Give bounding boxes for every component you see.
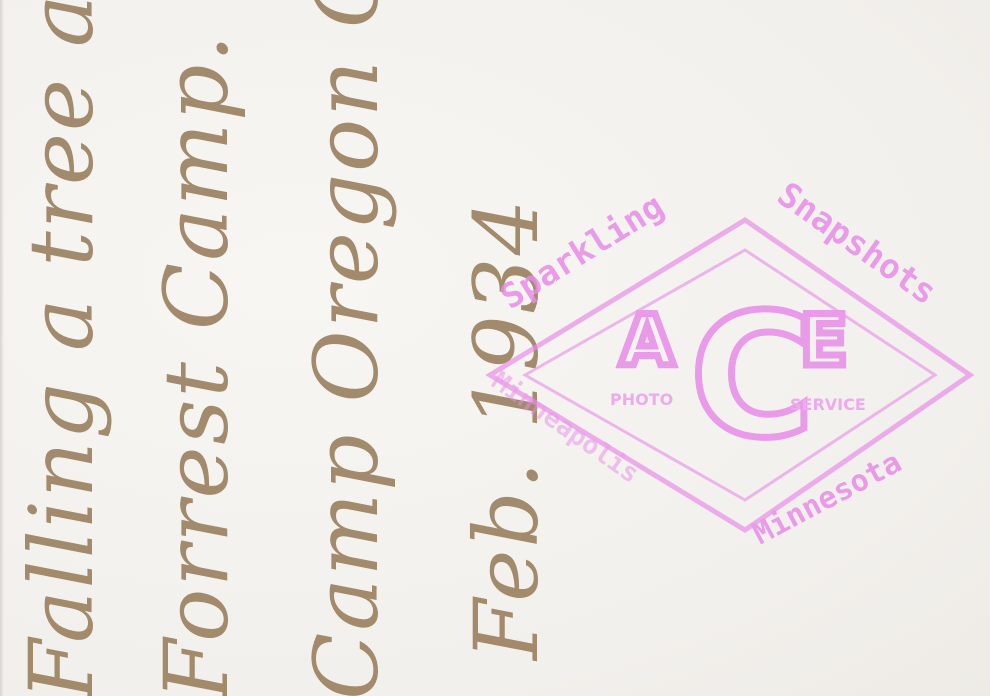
caption-line-3: Camp Oregon Cal <box>295 0 398 696</box>
svg-text:PHOTO: PHOTO <box>610 390 673 409</box>
stamp-top-left: Sparkling <box>494 186 671 318</box>
caption-line-2: Forrest Camp. <box>145 33 248 696</box>
stamp-diamond-icon: Sparkling Snapshots A C E PHOTO SERVICE … <box>470 160 990 560</box>
svg-text:SERVICE: SERVICE <box>790 395 866 414</box>
photo-service-stamp: Sparkling Snapshots A C E PHOTO SERVICE … <box>470 160 990 560</box>
card-edge <box>0 0 4 696</box>
caption-line-1: Falling a tree at <box>10 0 113 696</box>
svg-text:C: C <box>690 278 815 476</box>
svg-text:E: E <box>800 300 848 382</box>
svg-text:A: A <box>620 300 674 382</box>
